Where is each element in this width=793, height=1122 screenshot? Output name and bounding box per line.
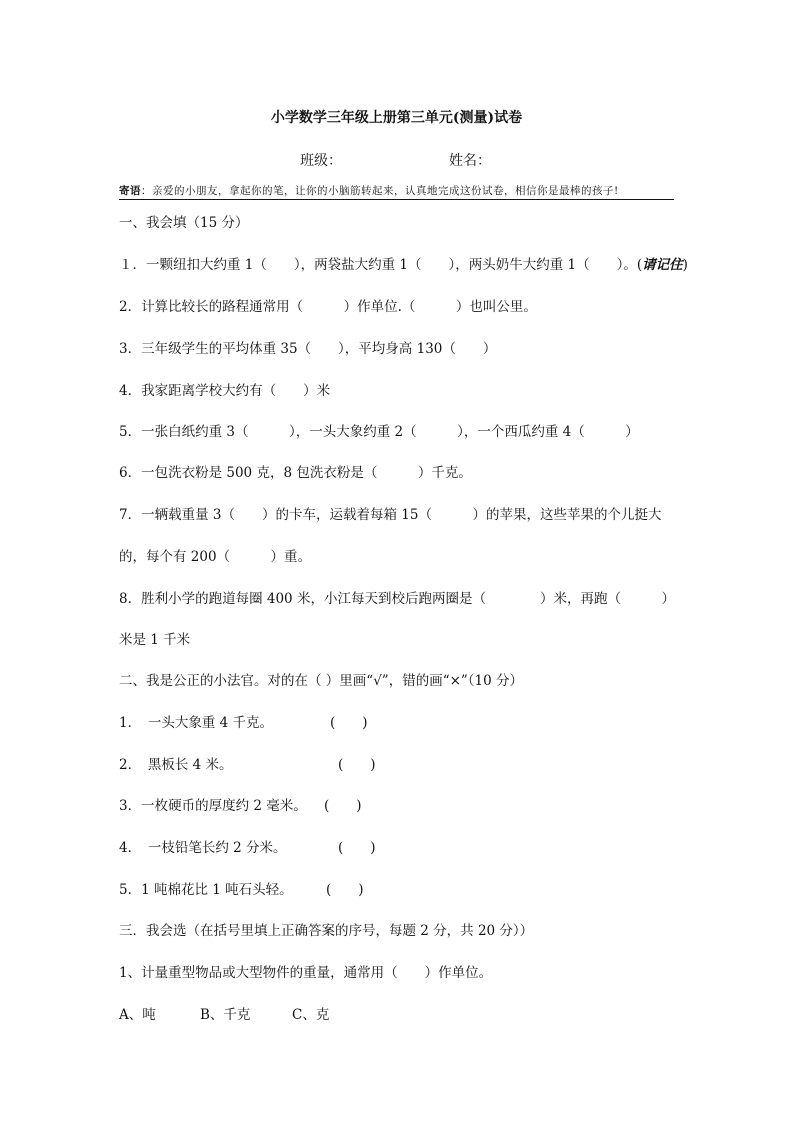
question-item: 7．一辆载重量 3（ ）的卡车，运载着每箱 15（ ）的苹果，这些苹果的个儿挺大 [119,503,661,523]
judge-item: 5．1 吨棉花比 1 吨石头轻。( ) [119,878,293,898]
option-c: C、克 [292,1003,329,1023]
answer-bracket: ( ) [330,711,368,731]
question-item: 6．一包洗衣粉是 500 克，8 包洗衣粉是（ ）千克。 [119,461,472,481]
motto-text: ：亲爱的小朋友，拿起你的笔，让你的小脑筋转起来，认真地完成这份试卷，相信你是最棒… [141,185,619,197]
question-item-cont: 的，每个有 200（ ）重。 [119,545,311,565]
choice-options: A、吨 B、千克 C、克 [119,1003,156,1023]
judge-item: 2． 黑板长 4 米。( ) [119,753,233,773]
question-item: 5．一张白纸约重 3（ ），一头大象约重 2（ ），一个西瓜约重 4（ ） [119,420,639,440]
emphasis-note: 请记住 [642,257,683,273]
judge-item: 1． 一头大象重 4 千克。( ) [119,711,273,731]
question-item: 4．我家距离学校大约有（ ）米 [119,379,330,399]
motto-prefix: 寄语 [119,185,141,197]
option-a: A、吨 [119,1007,156,1023]
judge-item: 3．一枚硬币的厚度约 2 毫米。( ) [119,794,307,814]
choice-question: 1、计量重型物品或大型物件的重量，通常用（ ）作单位。 [119,961,492,981]
question-item: １．一颗纽扣大约重 1（ ），两袋盐大约重 1（ ），两头奶牛大约重 1（ ）。… [119,253,688,273]
class-label: 班级： [300,150,342,170]
section2-heading: 二、我是公正的小法官。对的在（ ）里画“√”，错的画“×”（10 分） [119,669,523,689]
question-item: 3．三年级学生的平均体重 35（ ），平均身高 130（ ） [119,337,496,357]
question-item: 8．胜利小学的跑道每圈 400 米，小江每天到校后跑两圈是（ ）米，再跑（ ） [119,587,675,607]
answer-bracket: ( ) [338,836,376,856]
exam-page: 小学数学三年级上册第三单元(测量)试卷 班级： 姓名： 寄语：亲爱的小朋友，拿起… [0,0,793,1122]
answer-bracket: ( ) [338,753,376,773]
option-b: B、千克 [200,1003,250,1023]
motto: 寄语：亲爱的小朋友，拿起你的笔，让你的小脑筋转起来，认真地完成这份试卷，相信你是… [119,183,674,200]
page-title: 小学数学三年级上册第三单元(测量)试卷 [0,107,793,127]
question-item: 2．计算比较长的路程通常用（ ）作单位.（ ）也叫公里。 [119,295,537,315]
judge-item: 4． 一枝铅笔长约 2 分米。( ) [119,836,287,856]
answer-bracket: ( ) [324,794,362,814]
answer-bracket: ( ) [326,878,364,898]
section3-heading: 三．我会选（在括号里填上正确答案的序号，每题 2 分，共 20 分）） [119,919,533,939]
question-item-cont: 米是 1 千米 [119,628,190,648]
section1-heading: 一、我会填（15 分） [119,211,248,231]
name-label: 姓名： [449,150,491,170]
